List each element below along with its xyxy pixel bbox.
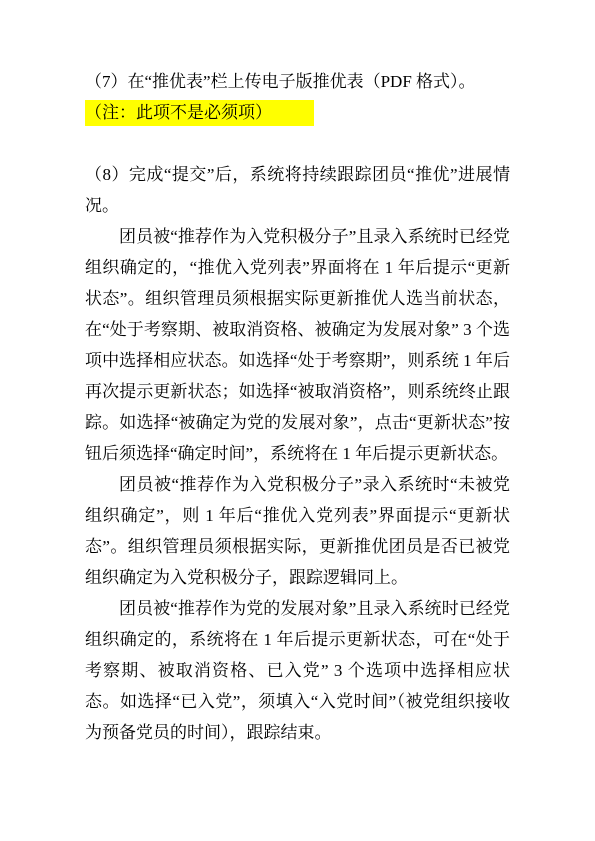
paragraph-item-8: （8）完成“提交”后，系统将持续跟踪团员“推优”进展情况。	[85, 159, 510, 221]
document-page: （7）在“推优表”栏上传电子版推优表（PDF 格式）。 （注：此项不是必须项） …	[0, 0, 595, 841]
paragraph-note: （注：此项不是必须项）	[85, 97, 510, 128]
note-highlight: （注：此项不是必须项）	[85, 100, 314, 126]
paragraph-item-7: （7）在“推优表”栏上传电子版推优表（PDF 格式）。	[85, 66, 510, 97]
paragraph-tracking-activist-confirmed: 团员被“推荐作为入党积极分子”且录入系统时已经党组织确定的，“推优入党列表”界面…	[85, 221, 510, 469]
paragraph-tracking-activist-unconfirmed: 团员被“推荐作为入党积极分子”录入系统时“未被党组织确定”，则 1 年后“推优入…	[85, 469, 510, 593]
paragraph-tracking-development-target: 团员被“推荐作为党的发展对象”且录入系统时已经党组织确定的，系统将在 1 年后提…	[85, 593, 510, 748]
document-content: （7）在“推优表”栏上传电子版推优表（PDF 格式）。 （注：此项不是必须项） …	[85, 66, 510, 748]
blank-line	[85, 128, 510, 159]
